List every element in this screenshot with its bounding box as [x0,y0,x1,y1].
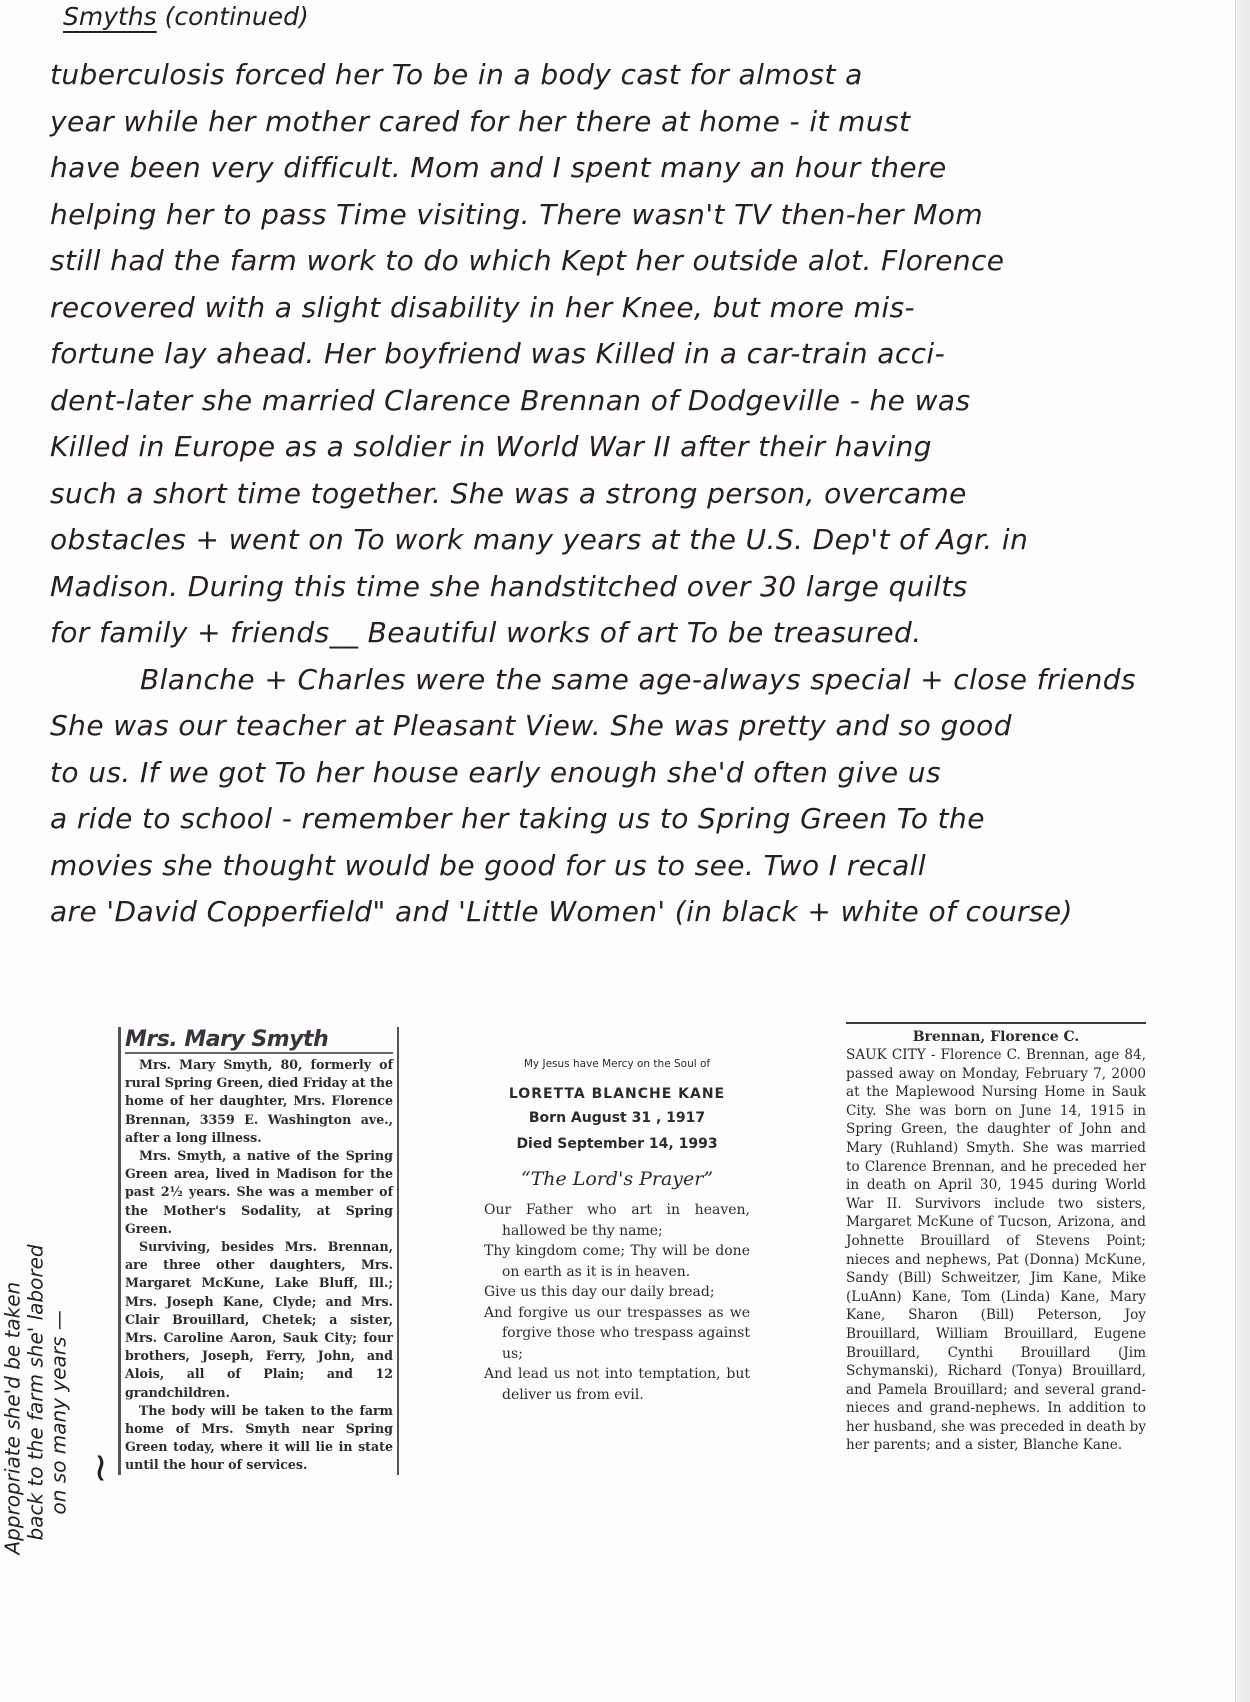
clipping-headline: Brennan, Florence C. [846,1028,1146,1046]
scanned-page: Smyths (continued) tuberculosis forced h… [0,0,1250,1702]
clipping-paragraph: The body will be taken to the farm home … [125,1402,393,1475]
prayer-verse: And lead us not into temptation, but del… [484,1364,750,1405]
handwritten-line: She was our teacher at Pleasant View. Sh… [50,703,1230,750]
clipping-paragraph: Mrs. Smyth, a native of the Spring Green… [125,1147,393,1238]
deceased-name: LORETTA BLANCHE KANE [484,1086,750,1102]
obituary-clipping-mary-smyth: Mrs. Mary Smyth Mrs. Mary Smyth, 80, for… [118,1027,399,1475]
margin-note: Appropriate she'd be taken back to the f… [2,1095,71,1555]
page-edge-shadow [1235,0,1250,1702]
prayer-verse: Give us this day our daily bread; [484,1282,750,1303]
title-underlined: Smyths [63,2,157,31]
handwritten-line: tuberculosis forced her To be in a body … [50,52,1230,99]
handwritten-line-paragraph-start: Blanche + Charles were the same age-alwa… [50,657,1230,704]
clipping-paragraph: Surviving, besides Mrs. Brennan, are thr… [125,1238,393,1402]
born-date: Born August 31 , 1917 [484,1110,750,1126]
clipping-top-rule [846,1022,1146,1024]
margin-note-line: back to the farm she' labored [25,1095,48,1555]
handwritten-line: Madison. During this time she handstitch… [50,564,1230,611]
margin-note-line: Appropriate she'd be taken [2,1095,25,1555]
prayer-verse: Our Father who art in heaven, hallowed b… [484,1200,750,1241]
handwritten-line: for family + friends__ Beautiful works o… [50,610,1230,657]
handwritten-line: dent-later she married Clarence Brennan … [50,378,1230,425]
died-date: Died September 14, 1993 [484,1136,750,1152]
handwritten-line: are 'David Copperfield" and 'Little Wome… [50,889,1230,936]
prayer-verse: And forgive us our trespasses as we forg… [484,1303,750,1365]
handwritten-line: helping her to pass Time visiting. There… [50,192,1230,239]
handwritten-line: a ride to school - remember her taking u… [50,796,1230,843]
handwritten-line: movies she thought would be good for us … [50,843,1230,890]
brace-mark-icon: ∼ [78,1451,124,1485]
handwritten-line: year while her mother cared for her ther… [50,99,1230,146]
handwritten-line: to us. If we got To her house early enou… [50,750,1230,797]
handwritten-line: have been very difficult. Mom and I spen… [50,145,1230,192]
handwritten-line: fortune lay ahead. Her boyfriend was Kil… [50,331,1230,378]
prayer-title: “The Lord's Prayer” [484,1168,750,1190]
margin-note-line: on so many years — [48,1095,71,1555]
page-title: Smyths (continued) [63,2,309,31]
prayer-card-loretta-kane: My Jesus have Mercy on the Soul of LORET… [484,1058,750,1405]
handwritten-line: still had the farm work to do which Kept… [50,238,1230,285]
clipping-headline: Mrs. Mary Smyth [125,1027,393,1054]
clipping-paragraph: Mrs. Mary Smyth, 80, formerly of rural S… [125,1056,393,1147]
title-rest: (continued) [157,2,309,31]
mercy-line: My Jesus have Mercy on the Soul of [484,1058,750,1070]
handwritten-narrative: tuberculosis forced her To be in a body … [50,52,1230,936]
obituary-clipping-florence-brennan: Brennan, Florence C. SAUK CITY - Florenc… [846,1022,1146,1455]
handwritten-line: recovered with a slight disability in he… [50,285,1230,332]
prayer-verse: Thy kingdom come; Thy will be done on ea… [484,1241,750,1282]
handwritten-line: such a short time together. She was a st… [50,471,1230,518]
handwritten-line: Killed in Europe as a soldier in World W… [50,424,1230,471]
clipping-body: SAUK CITY - Florence C. Brennan, age 84,… [846,1046,1146,1455]
handwritten-line: obstacles + went on To work many years a… [50,517,1230,564]
